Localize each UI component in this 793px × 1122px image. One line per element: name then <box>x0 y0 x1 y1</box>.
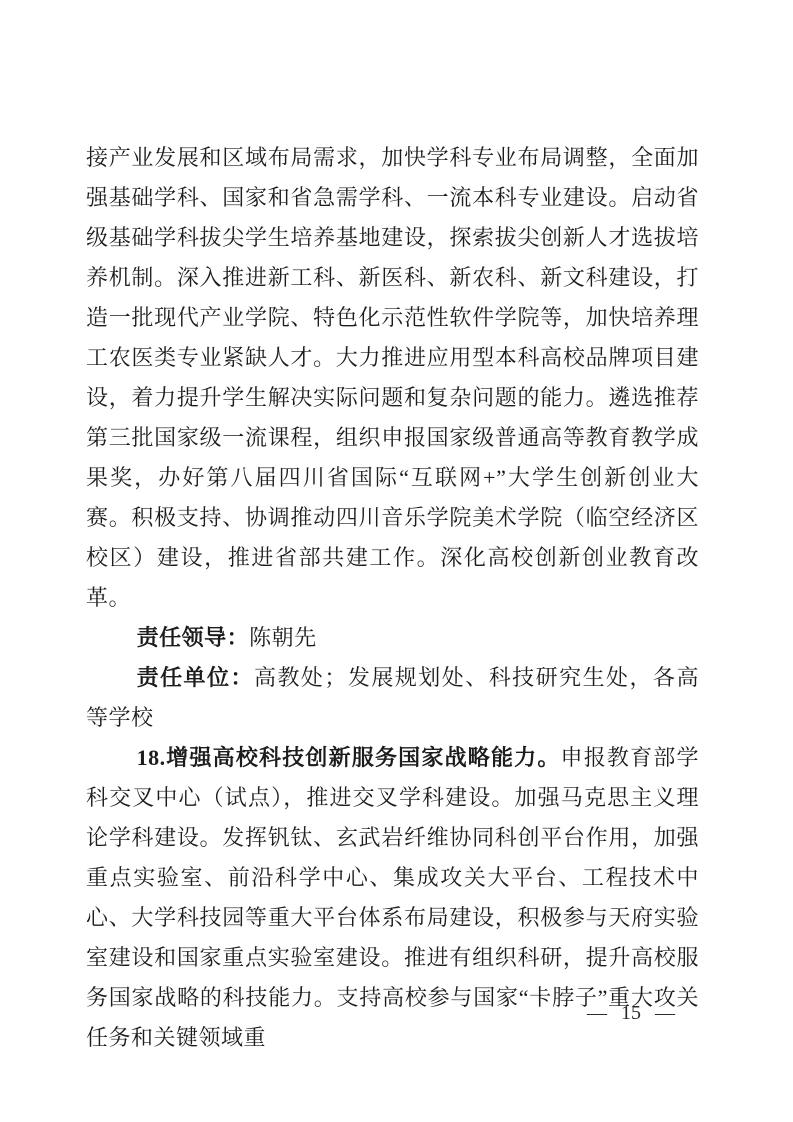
responsible-leader-line: 责任领导：陈朝先 <box>86 618 699 658</box>
footer-dash-right: — <box>655 1000 675 1026</box>
document-body: 接产业发展和区域布局需求，加快学科专业布局调整，全面加强基础学科、国家和省急需学… <box>86 138 699 1058</box>
page-number: 15 <box>621 1000 641 1026</box>
responsible-unit-line: 责任单位：高教处；发展规划处、科技研究生处，各高等学校 <box>86 658 699 738</box>
continuation-paragraph: 接产业发展和区域布局需求，加快学科专业布局调整，全面加强基础学科、国家和省急需学… <box>86 138 699 618</box>
responsible-leader-value: 陈朝先 <box>249 625 317 650</box>
page-footer: — 15 — <box>587 1000 675 1026</box>
item-18-heading: 18.增强高校科技创新服务国家战略能力。 <box>137 745 561 770</box>
document-page: 接产业发展和区域布局需求，加快学科专业布局调整，全面加强基础学科、国家和省急需学… <box>0 0 793 1122</box>
paragraph-text: 接产业发展和区域布局需求，加快学科专业布局调整，全面加强基础学科、国家和省急需学… <box>86 145 699 610</box>
responsible-leader-label: 责任领导： <box>137 625 250 650</box>
responsible-unit-label: 责任单位： <box>137 665 254 690</box>
footer-dash-left: — <box>587 1000 607 1026</box>
